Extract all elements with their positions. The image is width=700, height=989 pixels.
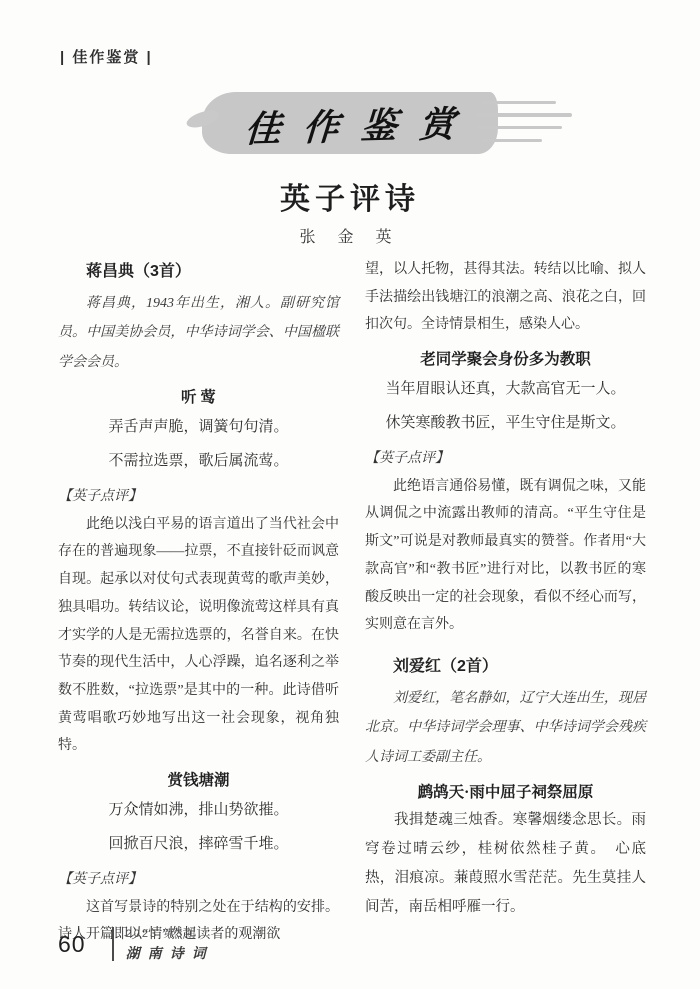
review-paragraph-continued: 望，以人托物，甚得其法。转结以比喻、拟人手法描绘出钱塘江的浪潮之高、浪花之白，回… [365,256,646,339]
review-label: 【英子点评】 [365,445,646,473]
review-paragraph: 此绝以浅白平易的语言道出了当代社会中存在的普遍现象——拉票，不直接针砭而讽意自现… [58,511,339,760]
left-column: 蒋昌典（3首） 蒋昌典，1943年出生，湘人。副研究馆员。中国美协会员，中华诗词… [58,256,339,949]
poet-bio: 蒋昌典，1943年出生，湘人。副研究馆员。中国美协会员，中华诗词学会、中国楹联学… [58,289,339,377]
ci-poem-text: 我揖楚魂三烛香。寒馨烟缕念思长。雨穹卷过晴云纱，桂树依然桂子黄。 心底热，泪痕凉… [365,806,646,922]
right-column: 望，以人托物，甚得其法。转结以比喻、拟人手法描绘出钱塘江的浪潮之高、浪花之白，回… [365,256,646,949]
journal-name-calligraphy: 湖南诗词 [126,943,214,963]
footer-info: 2023 第3期 湖南诗词 [126,925,214,963]
running-head: | 佳作鉴赏 | [60,46,153,67]
poet-heading-liuaihong: 刘爱红（2首） [393,653,646,676]
banner-calligraphy-text: 佳作鉴赏 [200,95,499,154]
poem-title-shangqiantangchao: 赏钱塘潮 [58,768,339,790]
review-label: 【英子点评】 [58,483,339,511]
poem-title-tingying: 听 莺 [58,385,339,407]
verse-line: 休笑寒酸教书匠，平生守住是斯文。 [365,407,646,441]
issue-label: 2023 第3期 [126,925,214,941]
verse-line: 弄舌声声脆，调簧句句清。 [58,411,339,445]
poet-bio: 刘爱红，笔名静如，辽宁大连出生，现居北京。中华诗词学会理事、中华诗词学会残疾人诗… [365,684,646,772]
poem-title-laotongxue: 老同学聚会身份多为教职 [365,347,646,369]
brush-stroke-graphic: 佳作鉴赏 [202,92,498,154]
verse-line: 回掀百尺浪，摔碎雪千堆。 [58,828,339,862]
article-body: 蒋昌典（3首） 蒋昌典，1943年出生，湘人。副研究馆员。中国美协会员，中华诗词… [58,256,646,949]
verse-line: 万众情如沸，排山势欲摧。 [58,794,339,828]
verse-line: 当年眉眼认还真，大款高官无一人。 [365,373,646,407]
review-label: 【英子点评】 [58,866,339,894]
poet-heading-jiangchangdian: 蒋昌典（3首） [86,258,339,281]
page-footer: 60 2023 第3期 湖南诗词 [58,925,214,963]
article-title: 英子评诗 [0,174,700,218]
review-paragraph: 此绝语言通俗易懂，既有调侃之味，又能从调侃之中流露出教师的清高。“平生守住是斯文… [365,473,646,639]
poem-title-zhegutian: 鹧鸪天·雨中屈子祠祭屈原 [365,780,646,802]
footer-divider [112,927,114,961]
magazine-page: | 佳作鉴赏 | 佳作鉴赏 英子评诗 张 金 英 蒋昌典（3首） 蒋昌典，194… [0,0,700,989]
article-author: 张 金 英 [0,224,700,247]
section-banner: 佳作鉴赏 [0,92,700,154]
verse-line: 不需拉选票，歌后属流莺。 [58,445,339,479]
page-number: 60 [58,931,86,958]
